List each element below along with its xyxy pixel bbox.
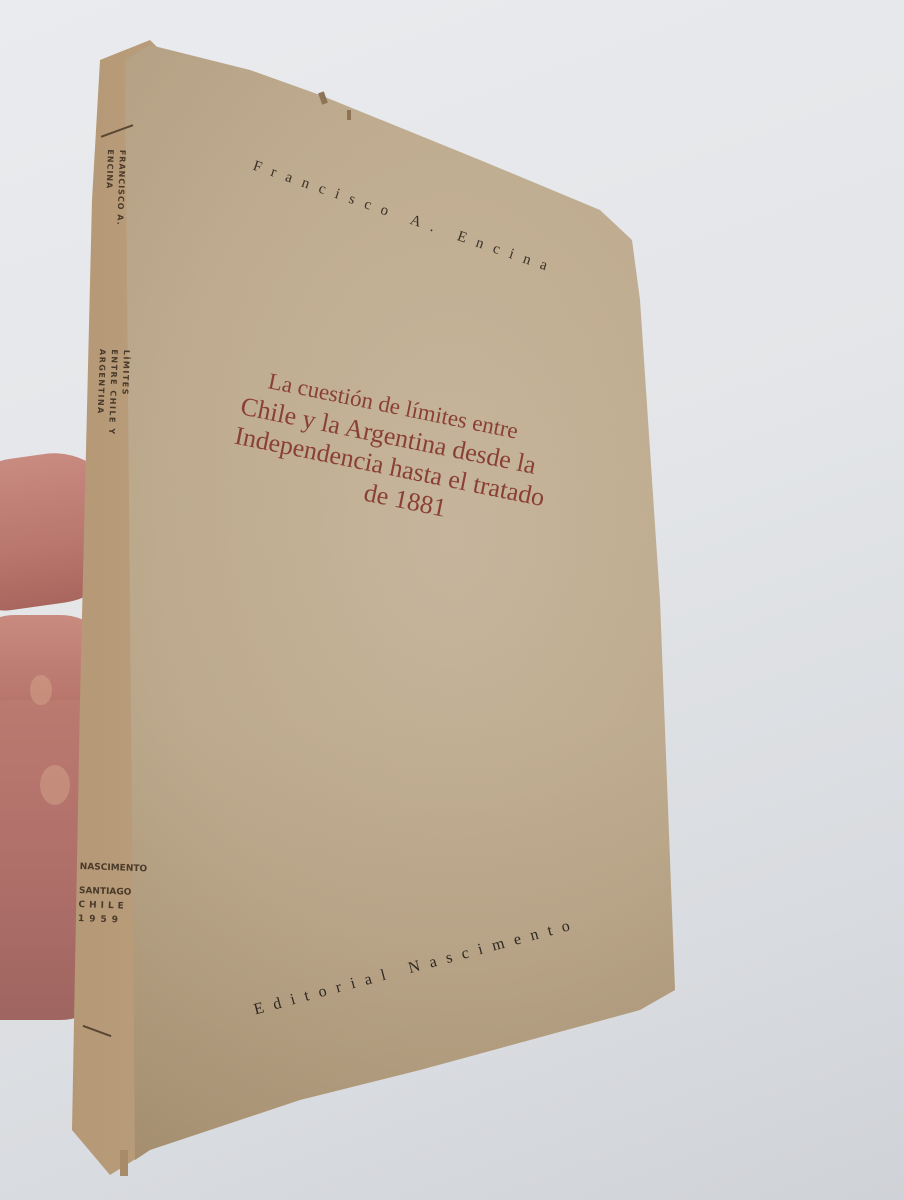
spine-publisher: NASCIMENTO SANTIAGO CHILE 1959 — [78, 860, 148, 928]
spine-title: LÍMITES ENTRE CHILE Y ARGENTINA — [93, 349, 132, 436]
spine-author: FRANCISCO A. ENCINA — [101, 149, 128, 226]
torn-fragment — [120, 1150, 128, 1176]
spine-year-line: 1959 — [78, 912, 146, 928]
spine-publisher-line: NASCIMENTO — [80, 860, 148, 876]
cover-shadow — [0, 0, 904, 1200]
photo-scene: Francisco A. Encina La cuestión de límit… — [0, 0, 904, 1200]
torn-fragment — [347, 110, 351, 120]
book: Francisco A. Encina La cuestión de límit… — [0, 0, 904, 1200]
